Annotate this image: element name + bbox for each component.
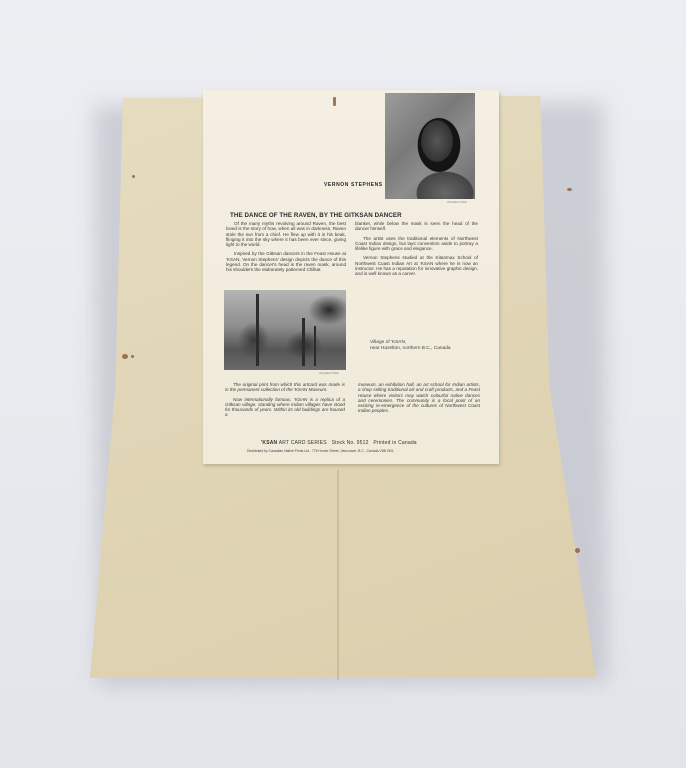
- paragraph: Inspired by the Gitksan dancers in the F…: [226, 251, 346, 272]
- stain-mark: [567, 188, 572, 191]
- paragraph: blanket, while below the mask is seen th…: [355, 221, 478, 232]
- paragraph: The artist uses the traditional elements…: [355, 236, 478, 252]
- stain-mark: [131, 355, 134, 358]
- right-column: blanket, while below the mask is seen th…: [355, 221, 478, 281]
- distributor-line: Distributed by Canadian Native Prints Lt…: [247, 449, 394, 453]
- art-card: Ulli Steltzer Photo VERNON STEPHENS THE …: [203, 90, 499, 464]
- paragraph: The original print from which this artca…: [225, 382, 345, 393]
- village-photo: [224, 290, 346, 370]
- caption-line: near Hazelton, northern B.C., Canada: [370, 346, 451, 352]
- stain-mark: [575, 548, 580, 553]
- stain-mark: [132, 175, 135, 178]
- series-line: 'KSAN ART CARD SERIES Stock No. 9512 Pri…: [261, 440, 417, 446]
- artist-portrait-photo: [385, 93, 475, 199]
- left-column: Of the many myths revolving around Raven…: [226, 221, 346, 277]
- lower-right-column: museum, an exhibition hall, an art schoo…: [358, 382, 480, 418]
- stain-mark: [333, 97, 336, 106]
- stock-number: Stock No. 9512: [332, 440, 369, 446]
- portrait-credit: Ulli Steltzer Photo: [447, 201, 467, 204]
- series-brand: 'KSAN: [261, 440, 277, 446]
- printed-in: Printed in Canada: [373, 440, 416, 446]
- board-crease: [337, 470, 339, 680]
- artist-name: VERNON STEPHENS: [324, 182, 383, 188]
- village-caption: Village of 'KSAN, near Hazelton, norther…: [370, 340, 451, 352]
- card-title: THE DANCE OF THE RAVEN, BY THE GITKSAN D…: [230, 212, 402, 219]
- paragraph: Of the many myths revolving around Raven…: [226, 221, 346, 247]
- paragraph: museum, an exhibition hall, an art schoo…: [358, 382, 480, 414]
- series-label: ART CARD SERIES: [279, 440, 327, 446]
- stain-mark: [122, 354, 128, 359]
- paragraph: Vernon Stephens studied at the Kitanmax …: [355, 255, 478, 276]
- lower-left-column: The original print from which this artca…: [225, 382, 345, 422]
- paragraph: Now internationally famous, 'KSAN is a r…: [225, 397, 345, 418]
- village-photo-credit: Ulli Steltzer Photo: [319, 372, 339, 375]
